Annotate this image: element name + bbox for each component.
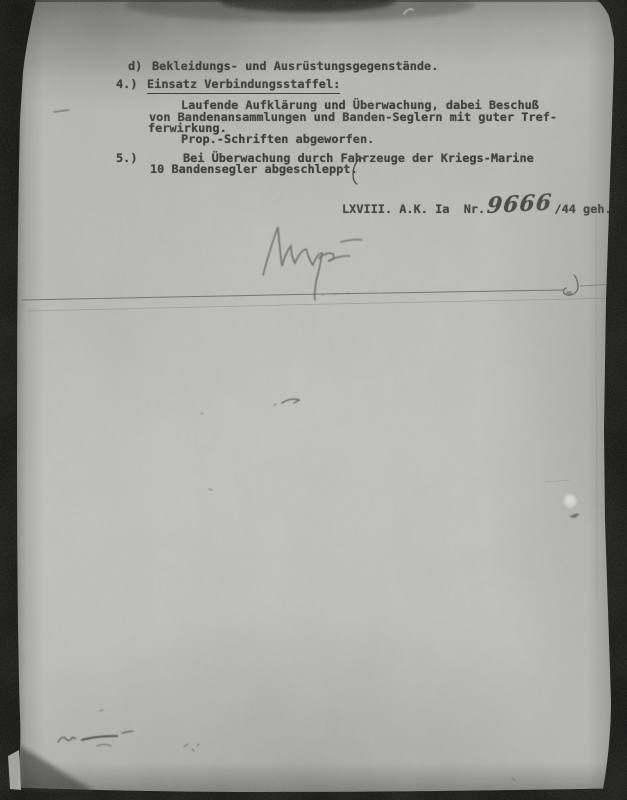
scanned-document-page: d) Bekleidungs- und Ausrüstungsgegenstän… (0, 0, 627, 800)
right-edge-shadow (583, 0, 627, 800)
reference-line: LXVIII. A.K. Ia Nr. 9666 /44 geh. (342, 195, 612, 217)
bottom-edge-shadow (0, 762, 627, 794)
item-5-marker: 5.) (116, 152, 137, 164)
item-4-heading-underline: Einsatz Verbindungsstaffel: (147, 77, 340, 94)
reference-prefix: LXVIII. A.K. Ia Nr. (342, 203, 485, 215)
reference-suffix: /44 geh. (554, 203, 611, 215)
left-edge-shadow (14, 0, 46, 800)
item-4-body-line: Prop.-Schriften abgeworfen. (181, 133, 374, 145)
handwritten-reference-number: 9666 (486, 191, 553, 217)
item-5-body-line: 10 Bandensegler abgeschleppt. (150, 163, 358, 175)
item-d-marker: d) (128, 60, 142, 72)
item-4-marker: 4.) (116, 78, 137, 90)
item-d-text: Bekleidungs- und Ausrüstungsgegenstände. (152, 60, 438, 72)
item-4-heading: Einsatz Verbindungsstaffel: (147, 78, 340, 90)
